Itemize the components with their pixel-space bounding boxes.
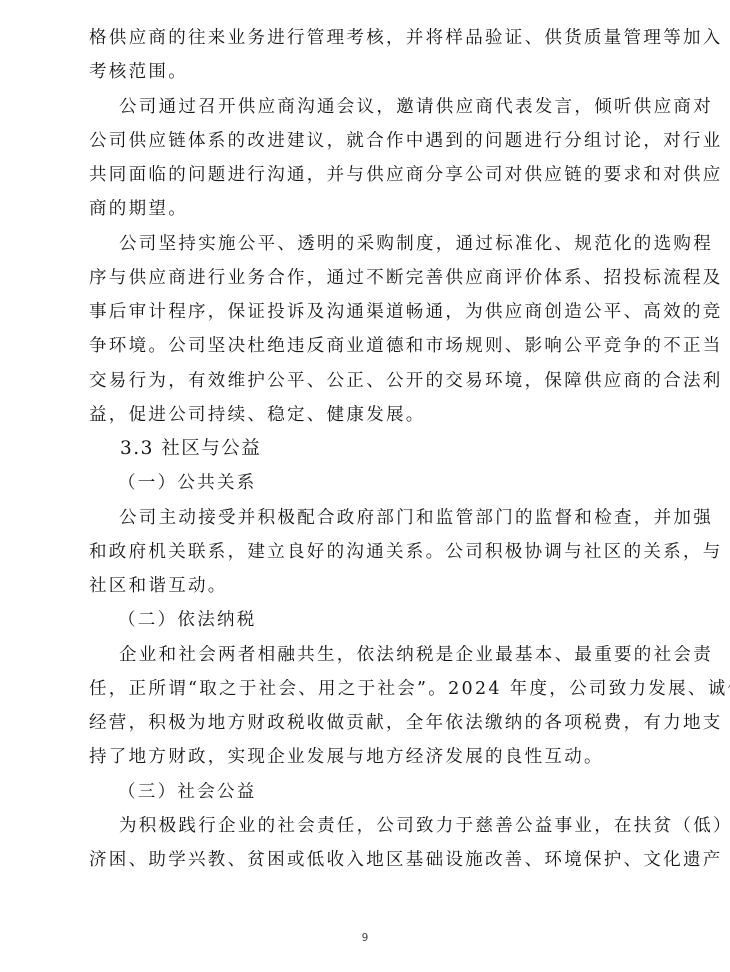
- paragraph-supplier-assessment: 格供应商的往来业务进行管理考核，并将样品验证、供货质量管理等加入 考核范围。: [89, 21, 651, 90]
- text-line: 共同面临的问题进行沟通，并与供应商分享公司对供应链的要求和对供应: [89, 158, 651, 192]
- text-line: 公司供应链体系的改进建议，就合作中遇到的问题进行分组讨论，对行业: [89, 124, 651, 158]
- section-heading: 3.3 社区与公益: [89, 432, 651, 466]
- text-line: 为积极践行企业的社会责任，公司致力于慈善公益事业，在扶贫（低）: [89, 809, 651, 843]
- text-line: 考核范围。: [89, 55, 651, 89]
- text-line: 序与供应商进行业务合作，通过不断完善供应商评价体系、招投标流程及: [89, 261, 651, 295]
- text-line: 格供应商的往来业务进行管理考核，并将样品验证、供货质量管理等加入: [89, 21, 651, 55]
- subsection-public-relations: （一）公共关系 公司主动接受并积极配合政府部门和监管部门的监督和检查，并加强 和…: [89, 466, 651, 603]
- text-line: 和政府机关联系，建立良好的沟通关系。公司积极协调与社区的关系，与: [89, 535, 651, 569]
- text-line: 社区和谐互动。: [89, 569, 651, 603]
- page-body: 格供应商的往来业务进行管理考核，并将样品验证、供货质量管理等加入 考核范围。 公…: [89, 21, 651, 877]
- subsection-tax-compliance: （二）依法纳税 企业和社会两者相融共生，依法纳税是企业最基本、最重要的社会责 任…: [89, 603, 651, 774]
- text-line: 公司坚持实施公平、透明的采购制度，通过标准化、规范化的选购程: [89, 227, 651, 261]
- text-line: 公司主动接受并积极配合政府部门和监管部门的监督和检查，并加强: [89, 501, 651, 535]
- text-line: 事后审计程序，保证投诉及沟通渠道畅通，为供应商创造公平、高效的竞: [89, 295, 651, 329]
- text-line: 商的期望。: [89, 192, 651, 226]
- subsection-title: （二）依法纳税: [89, 603, 651, 637]
- page-number: 9: [0, 932, 730, 944]
- document-page: 格供应商的往来业务进行管理考核，并将样品验证、供货质量管理等加入 考核范围。 公…: [0, 0, 730, 972]
- subsection-title: （三）社会公益: [89, 775, 651, 809]
- paragraph-fair-procurement: 公司坚持实施公平、透明的采购制度，通过标准化、规范化的选购程 序与供应商进行业务…: [89, 227, 651, 433]
- text-line: 任，正所谓“取之于社会、用之于社会”。2024 年度，公司致力发展、诚信: [89, 672, 651, 706]
- text-line: 争环境。公司坚决杜绝违反商业道德和市场规则、影响公平竞争的不正当: [89, 329, 651, 363]
- subsection-social-welfare: （三）社会公益 为积极践行企业的社会责任，公司致力于慈善公益事业，在扶贫（低） …: [89, 775, 651, 878]
- subsection-title: （一）公共关系: [89, 466, 651, 500]
- text-line: 益，促进公司持续、稳定、健康发展。: [89, 398, 651, 432]
- text-line: 济困、助学兴教、贫困或低收入地区基础设施改善、环境保护、文化遗产: [89, 843, 651, 877]
- text-line: 企业和社会两者相融共生，依法纳税是企业最基本、最重要的社会责: [89, 638, 651, 672]
- text-line: 交易行为，有效维护公平、公正、公开的交易环境，保障供应商的合法利: [89, 364, 651, 398]
- text-line: 经营，积极为地方财政税收做贡献，全年依法缴纳的各项税费，有力地支: [89, 706, 651, 740]
- text-line: 公司通过召开供应商沟通会议，邀请供应商代表发言，倾听供应商对: [89, 90, 651, 124]
- text-line: 持了地方财政，实现企业发展与地方经济发展的良性互动。: [89, 740, 651, 774]
- paragraph-supplier-communication: 公司通过召开供应商沟通会议，邀请供应商代表发言，倾听供应商对 公司供应链体系的改…: [89, 90, 651, 227]
